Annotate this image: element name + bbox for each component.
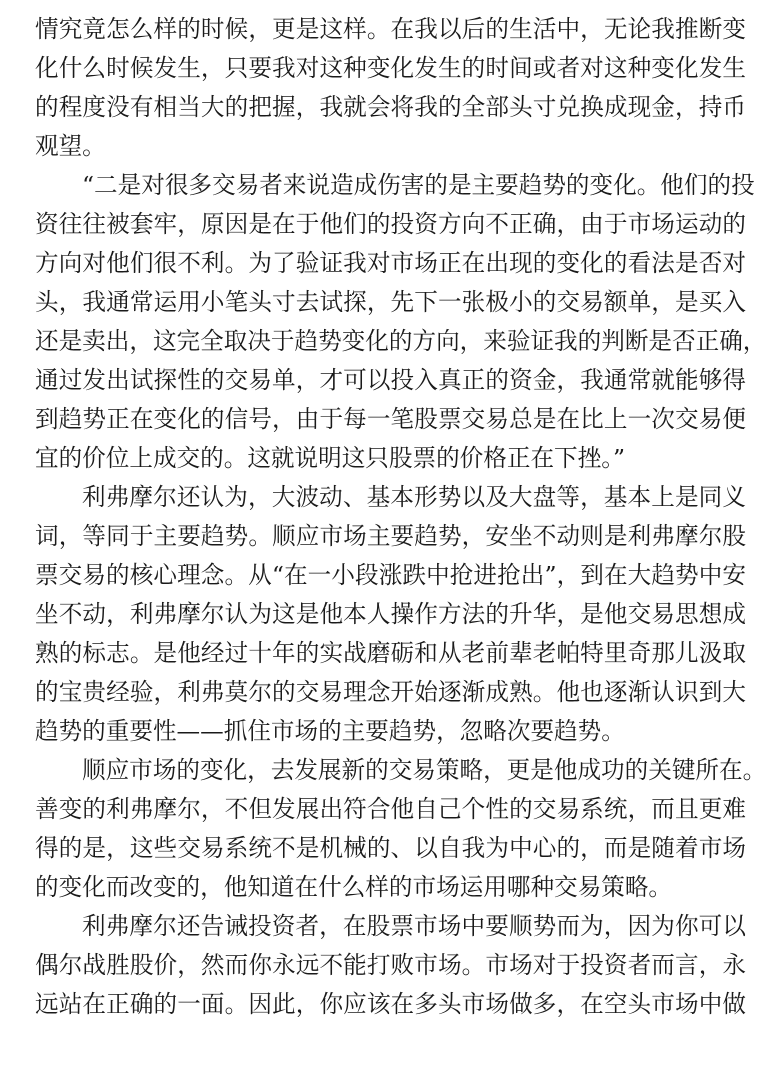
text-line: 的宝贵经验，利弗莫尔的交易理念开始逐渐成熟。他也逐渐认识到大	[35, 673, 746, 712]
text-line: 趋势的重要性——抓住市场的主要趋势，忽略次要趋势。	[35, 712, 746, 751]
text-line: 资往往被套牢，原因是在于他们的投资方向不正确，由于市场运动的	[35, 205, 746, 244]
document-page: 情究竟怎么样的时候，更是这样。在我以后的生活中，无论我推断变 化什么时候发生，只…	[0, 0, 758, 1066]
paragraph: 利弗摩尔还认为，大波动、基本形势以及大盘等，基本上是同义 词，等同于主要趋势。顺…	[35, 478, 746, 751]
text-line: 利弗摩尔还认为，大波动、基本形势以及大盘等，基本上是同义	[35, 478, 746, 517]
text-line: 词，等同于主要趋势。顺应市场主要趋势，安坐不动则是利弗摩尔股	[35, 517, 746, 556]
text-line: 熟的标志。是他经过十年的实战磨砺和从老前辈老帕特里奇那儿汲取	[35, 634, 746, 673]
paragraph: “二是对很多交易者来说造成伤害的是主要趋势的变化。他们的投 资往往被套牢，原因是…	[35, 166, 746, 478]
text-line: 的程度没有相当大的把握，我就会将我的全部头寸兑换成现金，持币	[35, 88, 746, 127]
text-line: 的变化而改变的，他知道在什么样的市场运用哪种交易策略。	[35, 868, 746, 907]
text-line: 化什么时候发生，只要我对这种变化发生的时间或者对这种变化发生	[35, 49, 746, 88]
text-line: 方向对他们很不利。为了验证我对市场正在出现的变化的看法是否对	[35, 244, 746, 283]
text-line: 宜的价位上成交的。这就说明这只股票的价格正在下挫。”	[35, 439, 746, 478]
text-line: 通过发出试探性的交易单，才可以投入真正的资金，我通常就能够得	[35, 361, 746, 400]
text-line: 还是卖出，这完全取决于趋势变化的方向，来验证我的判断是否正确，	[35, 322, 746, 361]
text-line: 远站在正确的一面。因此，你应该在多头市场做多，在空头市场中做	[35, 985, 746, 1024]
paragraph: 情究竟怎么样的时候，更是这样。在我以后的生活中，无论我推断变 化什么时候发生，只…	[35, 10, 746, 166]
text-line: 头，我通常运用小笔头寸去试探，先下一张极小的交易额单，是买入	[35, 283, 746, 322]
text-line: 偶尔战胜股价，然而你永远不能打败市场。市场对于投资者而言，永	[35, 946, 746, 985]
text-line: “二是对很多交易者来说造成伤害的是主要趋势的变化。他们的投	[35, 166, 746, 205]
text-line: 利弗摩尔还告诫投资者，在股票市场中要顺势而为，因为你可以	[35, 907, 746, 946]
text-line: 到趋势正在变化的信号，由于每一笔股票交易总是在比上一次交易便	[35, 400, 746, 439]
text-line: 得的是，这些交易系统不是机械的、以自我为中心的，而是随着市场	[35, 829, 746, 868]
text-line: 观望。	[35, 127, 746, 166]
text-line: 票交易的核心理念。从“在一小段涨跌中抢进抢出”，到在大趋势中安	[35, 556, 746, 595]
paragraph: 利弗摩尔还告诫投资者，在股票市场中要顺势而为，因为你可以 偶尔战胜股价，然而你永…	[35, 907, 746, 1024]
text-line: 坐不动，利弗摩尔认为这是他本人操作方法的升华，是他交易思想成	[35, 595, 746, 634]
text-line: 善变的利弗摩尔，不但发展出符合他自己个性的交易系统，而且更难	[35, 790, 746, 829]
text-line: 顺应市场的变化，去发展新的交易策略，更是他成功的关键所在。	[35, 751, 746, 790]
paragraph: 顺应市场的变化，去发展新的交易策略，更是他成功的关键所在。 善变的利弗摩尔，不但…	[35, 751, 746, 907]
text-line: 情究竟怎么样的时候，更是这样。在我以后的生活中，无论我推断变	[35, 10, 746, 49]
